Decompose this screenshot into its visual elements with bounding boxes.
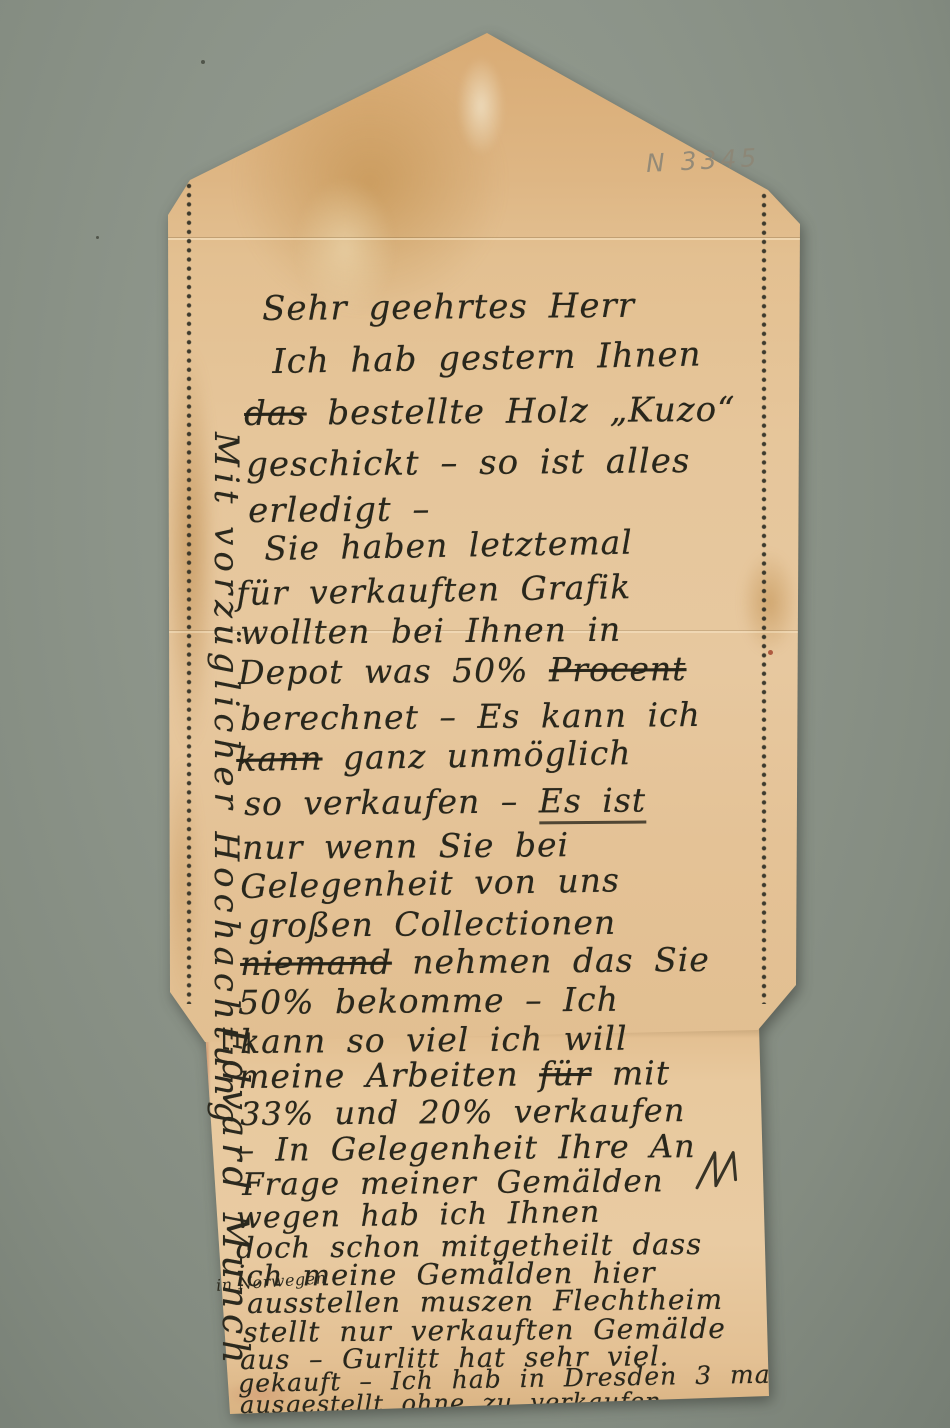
- letter-line: 50% bekomme – Ich: [238, 983, 619, 1019]
- letter-line: kann so viel ich will: [240, 1022, 628, 1058]
- line-text: Depot was 50%: [238, 650, 549, 692]
- letter-line: ausgestellt ohne zu verkaufen –: [240, 1389, 692, 1417]
- letter-line: großen Collectionen: [248, 906, 616, 942]
- left-edge-stain-lower: [165, 758, 201, 1008]
- letter-line: niemand nehmen das Sie: [240, 943, 710, 980]
- underlined-text: Es ist: [539, 780, 647, 824]
- line-text: 50% bekomme – Ich: [238, 980, 619, 1022]
- line-text: bestellte Holz „Kuzo“: [306, 390, 735, 434]
- line-text: Sehr geehrtes Herr: [262, 286, 635, 329]
- letter-line: Frage meiner Gemälden: [242, 1166, 664, 1201]
- letter-line: kann ganz unmöglich: [236, 736, 632, 776]
- letter-line: Depot was 50% Procent: [238, 652, 687, 689]
- letter-line: – In Gelegenheit Ihre An: [238, 1130, 696, 1166]
- letter-line: geschickt – so ist alles: [246, 444, 690, 482]
- line-text: für verkauften Grafik: [236, 567, 632, 613]
- line-text: Sie haben letztemal: [264, 523, 633, 568]
- struck-text: Procent: [549, 649, 687, 689]
- line-text: berechnet – Es kann ich: [240, 695, 701, 738]
- letter-line: 33% und 20% verkaufen: [240, 1094, 686, 1130]
- letter-line: erledigt –: [248, 492, 431, 528]
- struck-text: für: [539, 1054, 592, 1093]
- line-text: ausgestellt ohne zu verkaufen –: [240, 1387, 692, 1419]
- struck-text: das: [244, 393, 307, 434]
- letter-line: wollten bei Ihnen in: [240, 613, 621, 649]
- letter-line: berechnet – Es kann ich: [240, 698, 701, 735]
- line-text: geschickt – so ist alles: [246, 441, 691, 485]
- line-text: kann so viel ich will: [240, 1019, 628, 1061]
- letter-line: das bestellte Holz „Kuzo“: [244, 393, 736, 431]
- line-text: großen Collectionen: [248, 903, 616, 945]
- line-text: wollten bei Ihnen in: [240, 610, 621, 652]
- left-perforation-line: [186, 182, 192, 1004]
- line-text: nur wenn Sie bei: [242, 825, 569, 867]
- margin-signature: Edvard Munch: [216, 1028, 252, 1369]
- struck-text: niemand: [240, 943, 392, 983]
- apex-streak: [457, 56, 505, 156]
- letter-line: Sehr geehrtes Herr: [262, 289, 635, 326]
- line-text: ganz unmöglich: [322, 733, 632, 777]
- line-text: so verkaufen –: [244, 781, 539, 823]
- letter-line: meine Arbeiten für mit: [238, 1056, 670, 1093]
- pencil-archival-number: N 3345: [645, 143, 761, 178]
- line-text: nehmen das Sie: [392, 940, 710, 982]
- line-text: Ich hab gestern Ihnen: [272, 335, 702, 382]
- right-edge-stain: [740, 550, 798, 655]
- letter-line: für verkauften Grafik: [236, 570, 631, 610]
- flap-stain: [235, 50, 505, 315]
- flap-fold-crease: [165, 237, 805, 240]
- letter-line: Ich hab gestern Ihnen: [272, 338, 702, 379]
- red-speck: [768, 650, 773, 655]
- letter-line: Gelegenheit von uns: [240, 863, 620, 903]
- line-text: mit: [591, 1053, 670, 1093]
- photo-stage: meine Arbeiten für mit 33% und 20% verka…: [0, 0, 950, 1428]
- letter-line: Sie haben letztemal: [264, 526, 633, 565]
- margin-closing: Mit vorzüglicher Hochachtung: [209, 432, 243, 1129]
- right-perforation-line: [761, 192, 767, 1004]
- line-text: erledigt –: [248, 489, 431, 531]
- letter-card-lower-panel: meine Arbeiten für mit 33% und 20% verka…: [203, 1022, 773, 1418]
- letter-line: so verkaufen – Es ist: [244, 783, 646, 820]
- struck-text: kann: [236, 738, 323, 778]
- line-text: Gelegenheit von uns: [240, 860, 620, 906]
- letter-line: nur wenn Sie bei: [242, 828, 569, 864]
